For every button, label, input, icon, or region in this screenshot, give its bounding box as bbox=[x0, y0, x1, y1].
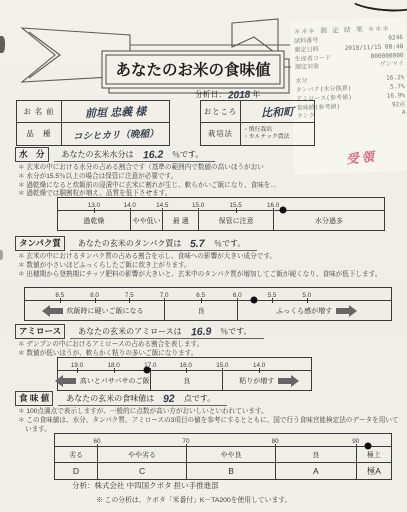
scale-zone: 水分過多 bbox=[273, 211, 384, 230]
protein-lead-unit: ％です。 bbox=[214, 238, 245, 249]
zone-label: 炊飯時に硬いご飯になる bbox=[67, 306, 144, 316]
taste-scale: 60708090劣るやや劣るやや良良極上DCBA極A bbox=[54, 433, 392, 480]
note-line: ＊ デンプンの中におけるアミロースの占める割合を表します。 bbox=[18, 341, 399, 350]
method-label: 栽培法 bbox=[201, 122, 241, 145]
taste-heading: 食 味 値 bbox=[15, 391, 53, 406]
scale-zone: 過乾燥 bbox=[58, 211, 130, 230]
moisture-notes: ＊ 玄米の中における水分の占める割合です（基準の範囲内で数値の高いほうがおい ＊… bbox=[18, 164, 399, 199]
scale-zone: やや低い bbox=[130, 211, 163, 230]
zone-label: 保管に注意 bbox=[219, 216, 254, 226]
amylose-lead-text: あなたの玄米のアミロースは bbox=[78, 326, 182, 337]
receipt-value: A bbox=[402, 109, 406, 118]
scale-zone: ふっくら感が増す bbox=[237, 301, 391, 320]
analysis-date-value: 2018 bbox=[228, 91, 251, 101]
scale-zone: 良 bbox=[164, 301, 237, 320]
place-value: 比和町 bbox=[241, 101, 314, 122]
scale-zone-row: 劣るやや劣るやや良良極上 bbox=[55, 447, 391, 462]
scale-number-row: 19.018.017.016.015.014.0 bbox=[58, 358, 311, 371]
zone-label: やや低い bbox=[133, 216, 161, 226]
grade-cell: C bbox=[97, 463, 186, 479]
scale-grade-row: DCBA極A bbox=[55, 462, 391, 479]
scale-zone: やや良 bbox=[186, 447, 275, 462]
method-option-2: ・カルテック農法 bbox=[243, 134, 289, 142]
note-line: ＊ 水分が15.5％以上の場合は保管に注意が必要です。 bbox=[18, 173, 399, 182]
scan-artifact-top-arc bbox=[349, 0, 407, 14]
moisture-lead-text: あなたの玄米水分は bbox=[62, 149, 134, 160]
scale-zone: 最 適 bbox=[162, 211, 198, 230]
grade-cell: B bbox=[186, 463, 275, 479]
variety-label: 品 種 bbox=[17, 122, 62, 145]
amylose-heading: アミロース bbox=[15, 324, 65, 339]
device-note-line: ※ この分析は、クボタ「米番付」K－TA200を使用しています。 bbox=[96, 494, 291, 504]
analysis-date-label: 分析日： bbox=[195, 89, 226, 100]
zone-label: 極上 bbox=[367, 450, 381, 460]
section-protein: タンパク質 あなたの玄米のタンパク質は 5.7 ％です。 ＊ 玄米の中におけるタ… bbox=[15, 236, 399, 279]
ribbon-right-tail bbox=[232, 19, 278, 55]
amylose-handwritten-value: 16.9 bbox=[191, 328, 212, 338]
grade-cell: 極A bbox=[356, 463, 391, 479]
amylose-notes: ＊ デンプンの中におけるアミロースの占める割合を表します。 ＊ 数値が低いほうが… bbox=[18, 341, 399, 359]
note-line: ＊ 玄米の中におけるタンパク質の占める割合を示し、食味への影響が大きい成分です。 bbox=[18, 253, 399, 262]
scale-zone: 保管に注意 bbox=[198, 211, 273, 230]
zone-label: 最 適 bbox=[173, 216, 189, 226]
scale-zone: 良 bbox=[150, 371, 222, 390]
value-marker-dot bbox=[279, 207, 286, 214]
handwritten-variety: コシヒカリ（晩稲） bbox=[73, 126, 159, 143]
handwritten-name: 前垣 忠義 様 bbox=[85, 102, 147, 120]
protein-headline: タンパク質 あなたの玄米のタンパク質は 5.7 ％です。 bbox=[15, 236, 399, 251]
note-line: ＊ 玄米の中における水分の占める割合です（基準の範囲内で数値の高いほうがおい bbox=[18, 164, 399, 173]
taste-lead-unit: 点です。 bbox=[184, 393, 215, 404]
note-line: ＊ 100点満点で表示しますが、一般的に点数が高い方がおいしいといわれています。 bbox=[18, 408, 399, 417]
scale-zone: 極上 bbox=[356, 447, 391, 462]
zone-label: 良 bbox=[312, 450, 319, 460]
note-line: ＊ 出穂期から登熟期にチッソ肥料の影響が大きいと、玄米中のタンパク質が増加してご… bbox=[18, 271, 399, 280]
page-title: あなたのお米の食味値 bbox=[115, 60, 271, 79]
value-marker-dot bbox=[250, 297, 257, 304]
moisture-handwritten-value: 16.2 bbox=[142, 151, 163, 161]
amylose-scale: 19.018.017.016.015.014.0高いとパサパサのご飯良粘りが増す bbox=[57, 357, 312, 391]
value-marker-dot bbox=[143, 367, 150, 374]
thick-left-arrow-icon bbox=[63, 378, 76, 384]
amylose-lead: あなたの玄米のアミロースは 16.9 ％です。 bbox=[70, 326, 263, 339]
scan-artifact-left-mark-2 bbox=[0, 250, 3, 260]
moisture-scale: 13.014.014.515.015.516.0過乾燥やや低い最 適保管に注意水… bbox=[57, 197, 385, 231]
protein-lead-text: あなたの玄米のタンパク質は bbox=[78, 238, 181, 249]
zone-label: 高いとパサパサのご飯 bbox=[80, 376, 150, 386]
amylose-headline: アミロース あなたの玄米のアミロースは 16.9 ％です。 bbox=[15, 324, 399, 339]
scale-zone: 良 bbox=[275, 447, 356, 462]
zone-label: 良 bbox=[198, 306, 205, 316]
section-amylose: アミロース あなたの玄米のアミロースは 16.9 ％です。 ＊ デンプンの中にお… bbox=[15, 324, 399, 359]
scale-number-row: 60708090 bbox=[55, 434, 391, 447]
zone-label: 水分過多 bbox=[315, 216, 343, 226]
protein-lead: あなたの玄米のタンパク質は 5.7 ％です。 bbox=[70, 238, 257, 251]
value-marker-dot bbox=[365, 443, 372, 450]
thick-right-arrow-icon bbox=[336, 308, 349, 314]
zone-label: やや劣る bbox=[128, 450, 156, 460]
section-taste: 食 味 値 あなたの玄米の食味値は 92 点です。 ＊ 100点満点で表示します… bbox=[15, 391, 399, 434]
zone-label: 良 bbox=[183, 376, 190, 386]
scale-zone-row: 高いとパサパサのご飯良粘りが増す bbox=[58, 371, 311, 390]
analyzer-line: 分析：株式会社 中四国クボタ 担い手推進部 bbox=[72, 480, 219, 491]
zone-label: やや良 bbox=[221, 450, 242, 460]
taste-lead-text: あなたの玄米の食味値は bbox=[66, 393, 154, 404]
scale-zone: やや劣る bbox=[97, 447, 186, 462]
scale-number-row: 8.58.07.57.06.56.05.55.0 bbox=[25, 288, 391, 301]
amylose-lead-unit: ％です。 bbox=[220, 326, 251, 337]
method-value: ・慣行栽培 ・カルテック農法 bbox=[241, 122, 314, 145]
name-value: 前垣 忠義 様 bbox=[62, 101, 169, 122]
taste-headline: 食 味 値 あなたの玄米の食味値は 92 点です。 bbox=[15, 391, 399, 406]
zone-label: 劣る bbox=[69, 450, 83, 460]
scale-number-row: 13.014.014.515.015.516.0 bbox=[58, 198, 384, 211]
taste-handwritten-value: 92 bbox=[163, 395, 175, 404]
thick-right-arrow-icon bbox=[278, 378, 291, 384]
analysis-date: 分析日： 2018 年 bbox=[195, 89, 260, 100]
thick-left-arrow-icon bbox=[50, 308, 63, 314]
taste-lead: あなたの玄米の食味値は 92 点です。 bbox=[58, 393, 227, 406]
scale-zone: 高いとパサパサのご飯 bbox=[58, 371, 150, 390]
protein-scale: 8.58.07.57.06.56.05.55.0炊飯時に硬いご飯になる良ふっくら… bbox=[24, 287, 392, 321]
section-moisture: 水 分 あなたの玄米水分は 16.2 ％です。 ＊ 玄米の中における水分の占める… bbox=[15, 147, 399, 199]
note-line: ＊ この食味値は、水分、タンパク質、アミロースの3項目の値を参考にするとともに、… bbox=[18, 417, 399, 435]
grade-cell: D bbox=[55, 463, 97, 479]
analysis-date-unit: 年 bbox=[252, 89, 260, 100]
ribbon-banner: あなたのお米の食味値 bbox=[8, 16, 308, 96]
place-label: おところ bbox=[201, 101, 241, 122]
zone-label: ふっくら感が増す bbox=[276, 306, 332, 316]
method-option-1: ・慣行栽培 bbox=[243, 127, 272, 135]
note-line: ＊ 数値が小さいほどふっくらしたご飯に炊き上がります。 bbox=[18, 262, 399, 271]
scale-zone-row: 炊飯時に硬いご飯になる良ふっくら感が増す bbox=[25, 301, 391, 320]
moisture-lead: あなたの玄米水分は 16.2 ％です。 bbox=[54, 149, 216, 162]
place-method-table: おところ 比和町 栽培法 ・慣行栽培 ・カルテック農法 bbox=[200, 100, 315, 146]
zone-label: 粘りが増す bbox=[239, 376, 274, 386]
name-label: お 名 前 bbox=[17, 101, 62, 122]
scale-zone: 粘りが増す bbox=[222, 371, 311, 390]
taste-notes: ＊ 100点満点で表示しますが、一般的に点数が高い方がおいしいといわれています。… bbox=[18, 408, 399, 434]
protein-handwritten-value: 5.7 bbox=[190, 240, 205, 250]
moisture-heading: 水 分 bbox=[15, 147, 49, 162]
scan-artifact-left-mark bbox=[0, 36, 5, 53]
scale-zone: 炊飯時に硬いご飯になる bbox=[25, 301, 164, 320]
scale-zone-row: 過乾燥やや低い最 適保管に注意水分過多 bbox=[58, 211, 384, 230]
zone-label: 過乾燥 bbox=[83, 216, 104, 226]
moisture-lead-unit: ％です。 bbox=[172, 149, 203, 160]
protein-notes: ＊ 玄米の中におけるタンパク質の占める割合を示し、食味への影響が大きい成分です。… bbox=[18, 253, 399, 279]
receipt-value: ゲンマイ bbox=[380, 60, 404, 70]
protein-heading: タンパク質 bbox=[15, 236, 65, 251]
scale-zone: 劣る bbox=[55, 447, 97, 462]
moisture-headline: 水 分 あなたの玄米水分は 16.2 ％です。 bbox=[15, 147, 399, 162]
handwritten-place: 比和町 bbox=[261, 103, 295, 120]
receipt-label: 測定対象 bbox=[295, 63, 320, 73]
variety-value: コシヒカリ（晩稲） bbox=[62, 122, 169, 145]
grade-cell: A bbox=[275, 463, 356, 479]
name-variety-table: お 名 前 前垣 忠義 様 品 種 コシヒカリ（晩稲） bbox=[16, 100, 170, 146]
